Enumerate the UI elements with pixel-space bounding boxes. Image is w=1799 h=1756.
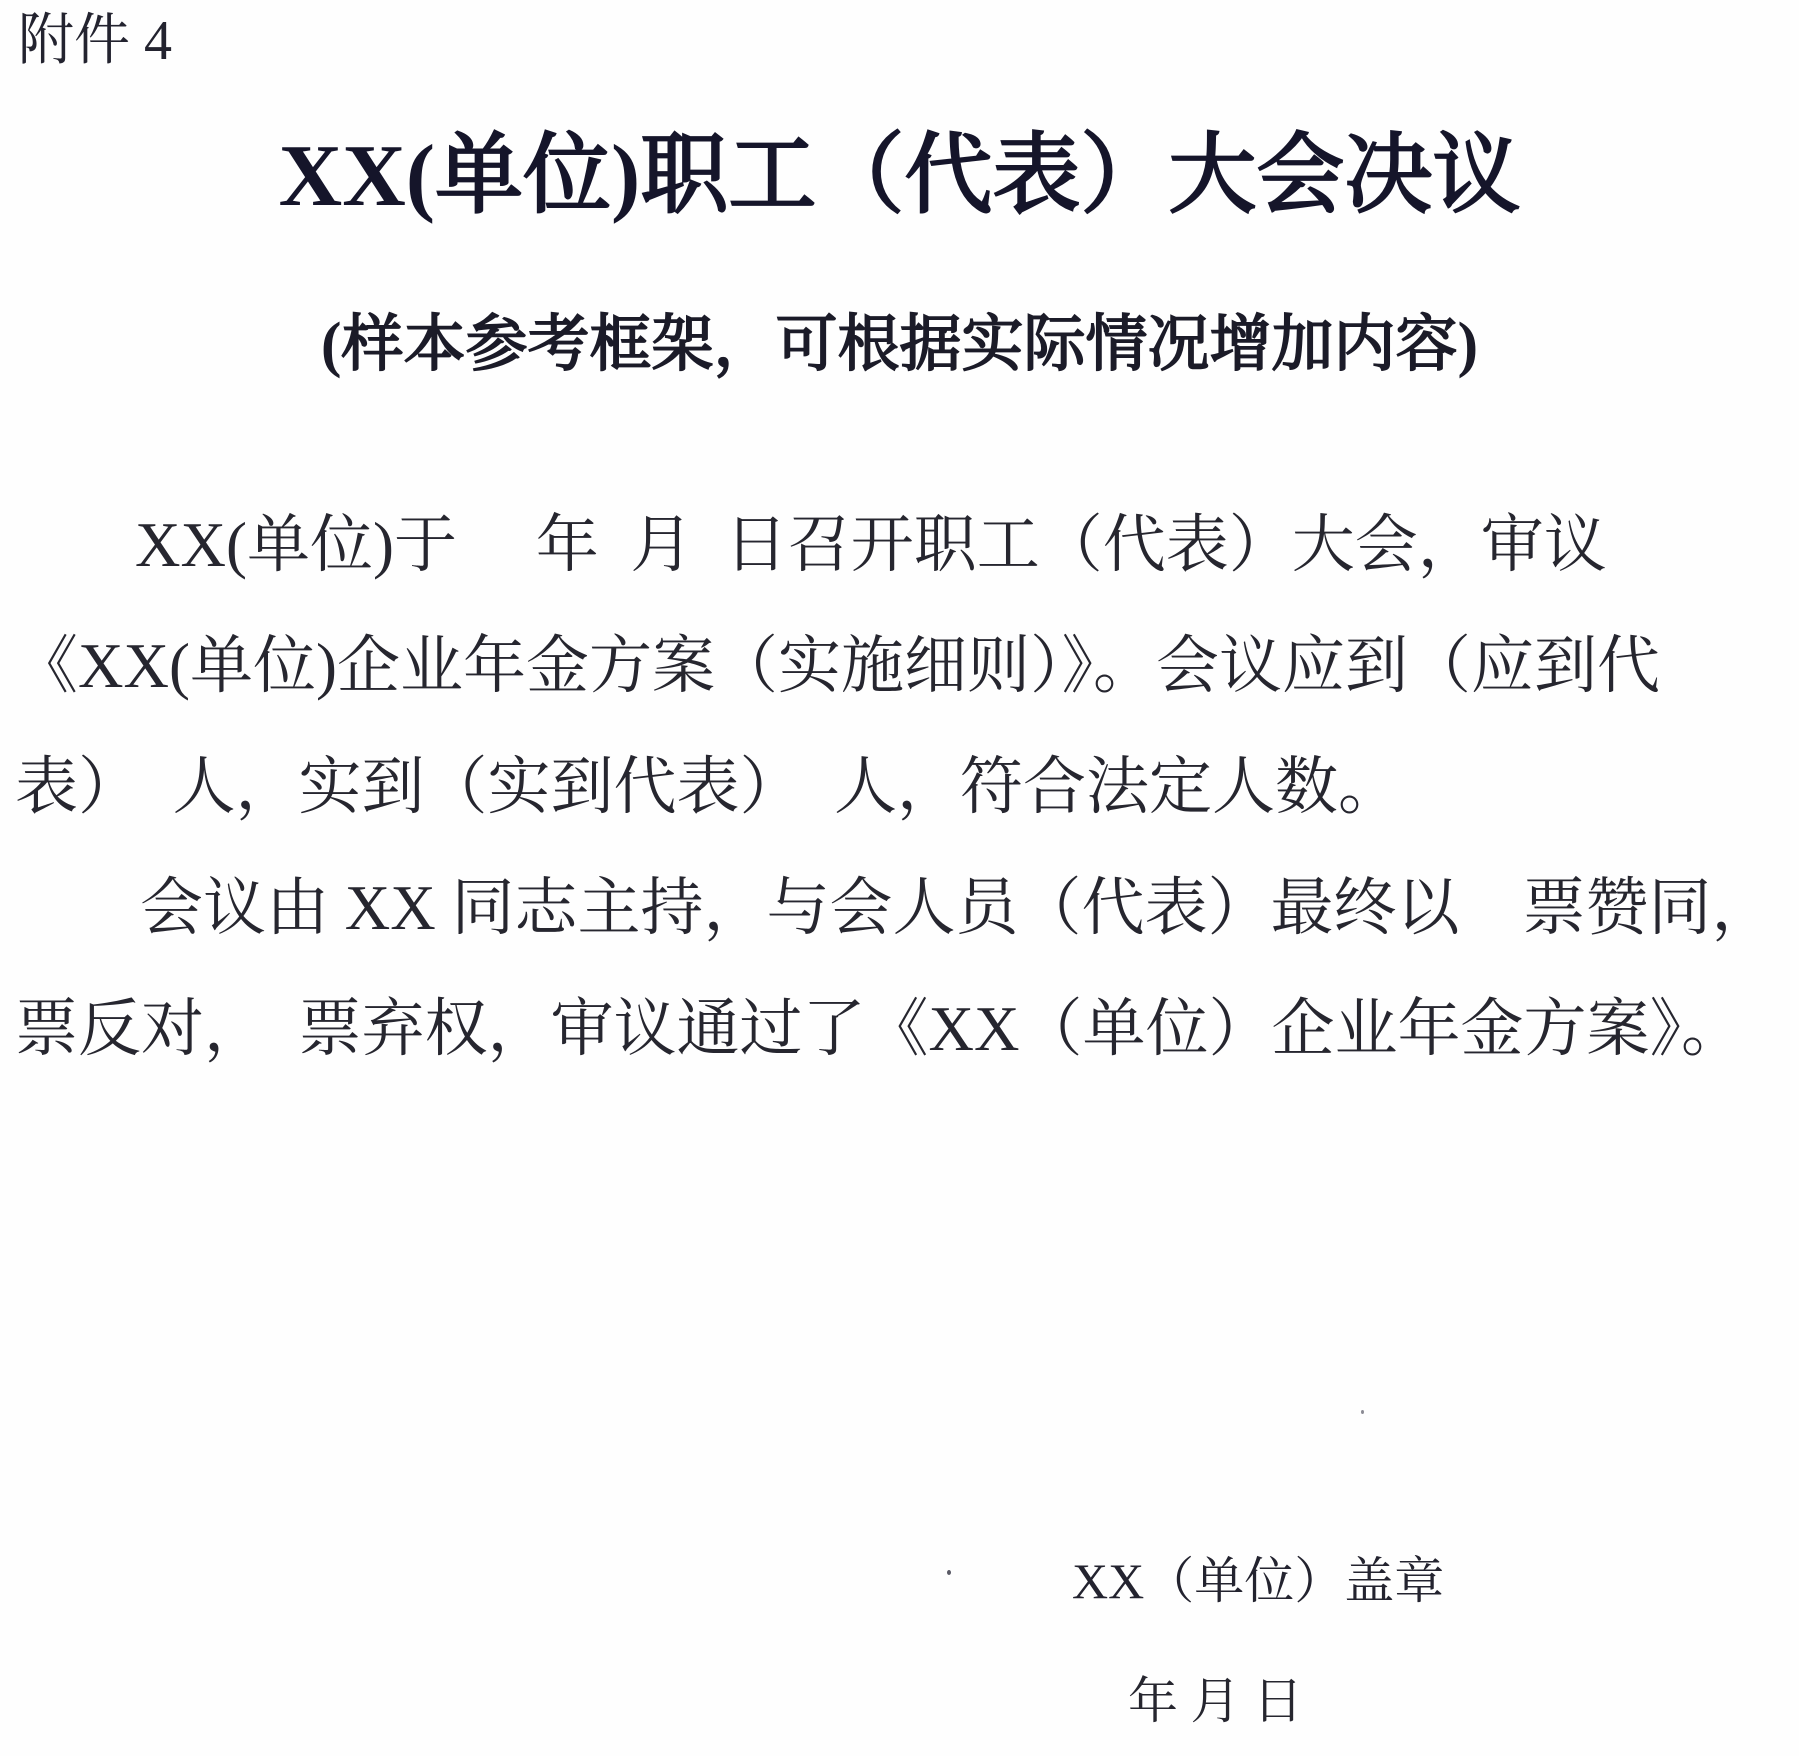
signature-seal-line: XX（单位）盖章: [1072, 1548, 1444, 1616]
body-line-3: 表） 人，实到（实到代表） 人，符合法定人数。: [15, 727, 1790, 848]
scan-speck: [1361, 1410, 1364, 1414]
body-line-1: XX(单位)于 年 月 日召开职工（代表）大会，审议: [15, 485, 1790, 606]
document-body: XX(单位)于 年 月 日召开职工（代表）大会，审议 《XX(单位)企业年金方案…: [15, 485, 1790, 1090]
document-title: XX(单位)职工（代表）大会决议: [0, 122, 1799, 232]
document-page: 附件 4 XX(单位)职工（代表）大会决议 (样本参考框架，可根据实际情况增加内…: [0, 0, 1799, 1756]
body-line-5: 票反对， 票弃权，审议通过了《XX（单位）企业年金方案》。: [15, 969, 1790, 1090]
body-line-4: 会议由 XX 同志主持，与会人员（代表）最终以 票赞同，: [15, 848, 1790, 969]
date-line: 年 月 日: [1128, 1668, 1303, 1736]
attachment-label: 附件 4: [18, 8, 172, 75]
body-line-2: 《XX(单位)企业年金方案（实施细则）》。会议应到（应到代: [15, 606, 1790, 727]
document-subtitle: (样本参考框架，可根据实际情况增加内容): [0, 308, 1799, 382]
scan-speck: [947, 1570, 951, 1575]
